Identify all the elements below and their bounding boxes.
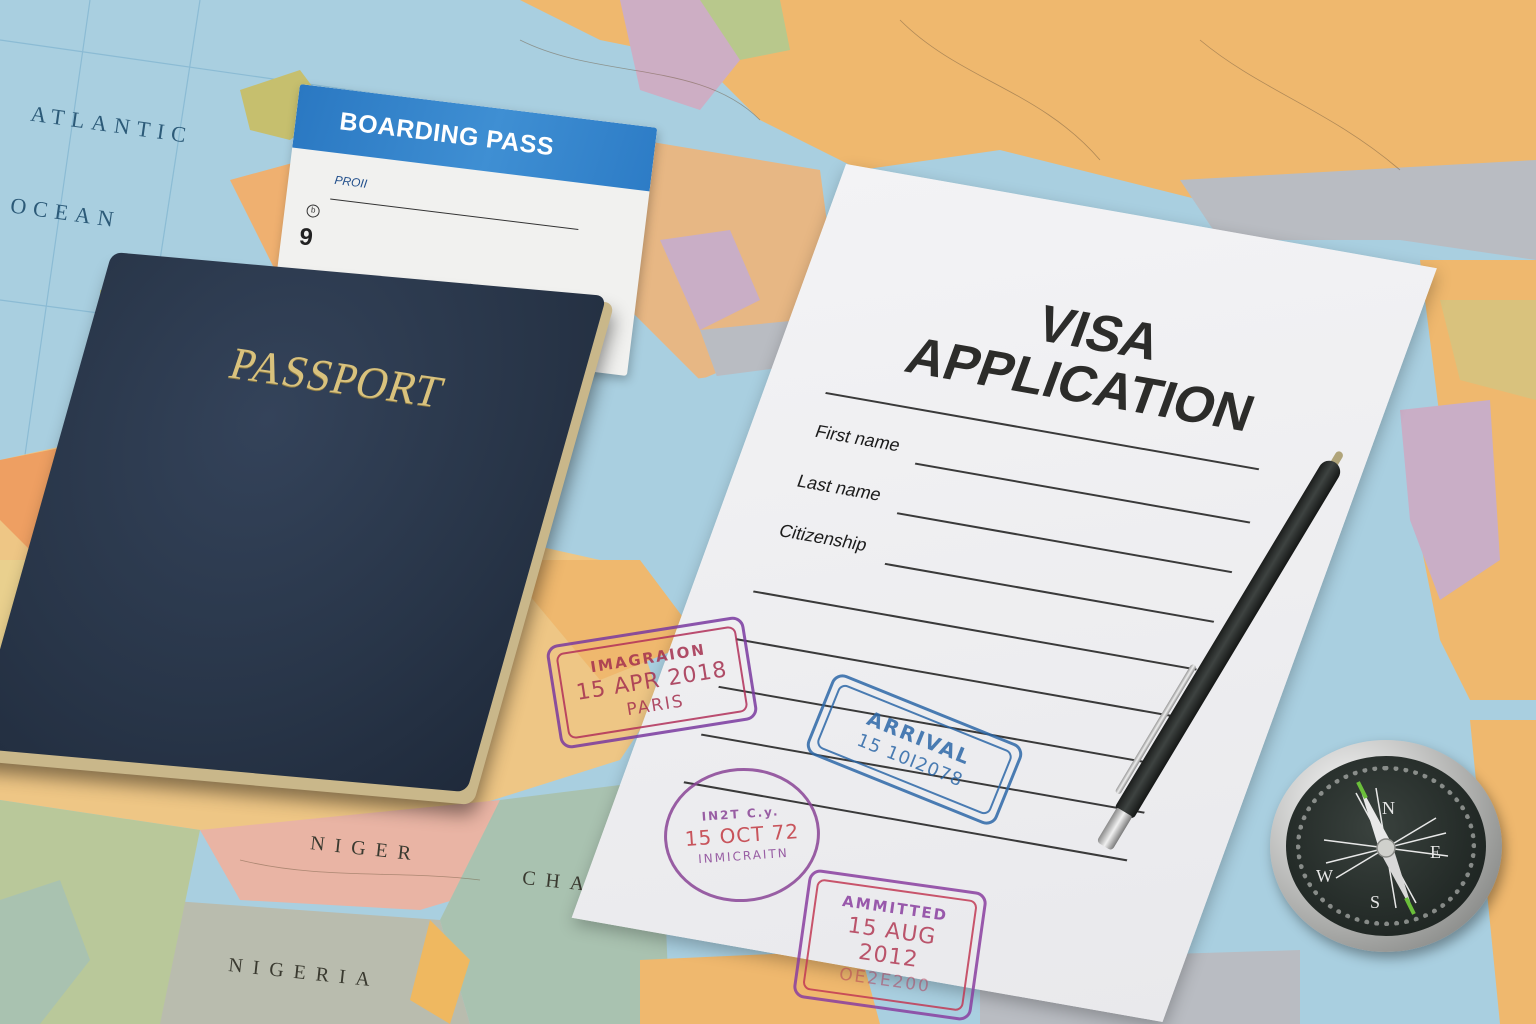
passport-title: PASSPORT <box>223 337 451 418</box>
boarding-pass-title: BOARDING PASS <box>338 107 556 162</box>
circle-b-icon: b <box>306 204 320 218</box>
field-label-citizenship: Citizenship <box>776 521 870 556</box>
field-label-last-name: Last name <box>794 471 884 506</box>
compass-letter-e: E <box>1430 842 1441 863</box>
compass-rose-icon <box>1286 756 1486 936</box>
compass-letter-n: N <box>1382 798 1395 819</box>
blank-line-1[interactable] <box>753 590 1197 670</box>
last-name-input-line[interactable] <box>897 512 1232 572</box>
boarding-pass-gate: 9 <box>298 223 315 252</box>
citizenship-input-line[interactable] <box>885 563 1214 622</box>
first-name-input-line[interactable] <box>915 463 1250 523</box>
field-label-first-name: First name <box>812 421 903 456</box>
boarding-pass-divider <box>330 199 578 230</box>
compass-icon: N E S W <box>1270 740 1502 952</box>
stamp-admitted: AMMITTED 15 AUG 2012 OE2E200 <box>792 868 988 1022</box>
compass-letter-s: S <box>1370 892 1380 913</box>
blank-line-2[interactable] <box>736 638 1180 718</box>
compass-letter-w: W <box>1316 866 1333 887</box>
boarding-pass-from-label: PROII <box>334 173 368 191</box>
